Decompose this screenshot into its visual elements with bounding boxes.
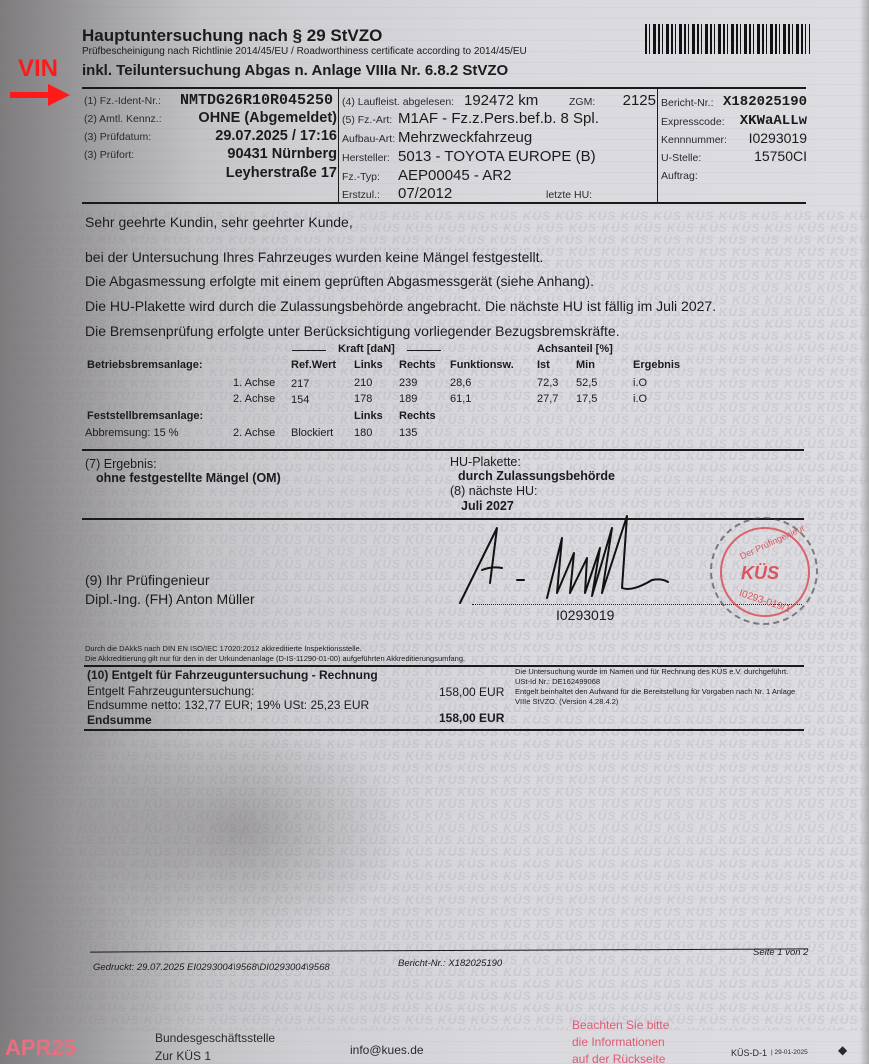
signature-icon — [452, 508, 732, 608]
col-actual: Ist — [537, 359, 550, 371]
barcode-icon — [645, 24, 810, 54]
first-registration-value: 07/2012 — [398, 185, 452, 202]
invoice-fee-value: 158,00 EUR — [439, 685, 504, 699]
manufacturer-label: Hersteller: — [342, 152, 390, 164]
col-function: Funktionsw. — [450, 359, 514, 371]
left-value: 180 — [354, 427, 372, 439]
contact-email: info@kues.de — [350, 1043, 424, 1057]
form-date: | 29-01-2025 — [771, 1049, 808, 1056]
form-code: APR25 — [5, 1035, 76, 1061]
express-code-label: Expresscode: — [661, 116, 725, 128]
invoice-net-line: Endsumme netto: 132,77 EUR; 19% USt: 25,… — [87, 698, 369, 712]
actual-value: 72,3 — [537, 377, 558, 389]
document-subtitle-exhaust: inkl. Teiluntersuchung Abgas n. Anlage V… — [82, 62, 508, 79]
force-header: Kraft [daN] — [338, 343, 395, 355]
left-value: 178 — [354, 393, 372, 405]
u-stelle-value: 15750CI — [754, 148, 807, 164]
ref-value: Blockiert — [291, 427, 333, 439]
result-value: i.O — [633, 377, 647, 389]
next-hu-label: (8) nächste HU: — [450, 484, 538, 498]
divider — [82, 449, 804, 451]
id-number-label: Kennnummer: — [661, 134, 727, 146]
accreditation-line-2: Die Akkreditierung gilt nur für den in d… — [85, 654, 465, 663]
engineer-label: (9) Ihr Prüfingenieur — [85, 572, 210, 588]
col-left: Links — [354, 359, 383, 371]
footer-report-number: Bericht-Nr.: X182025190 — [398, 958, 502, 969]
right-value: 189 — [399, 393, 417, 405]
order-label: Auftrag: — [661, 170, 698, 182]
back-note-2: die Informationen — [572, 1035, 665, 1049]
vehicle-type-label: (5) Fz.-Art: — [342, 114, 392, 126]
inspection-date-value: 29.07.2025 / 17:16 — [215, 128, 337, 144]
kus-stamp-logo: KÜS — [741, 563, 779, 584]
plate-label: (2) Amtl. Kennz.: — [84, 113, 162, 125]
office-line-2: Zur KÜS 1 — [155, 1049, 211, 1063]
actual-value: 27,7 — [537, 393, 558, 405]
u-stelle-label: U-Stelle: — [661, 152, 701, 164]
deceleration: Abbremsung: 15 % — [85, 427, 179, 439]
office-line-1: Bundesgeschäftsstelle — [155, 1031, 275, 1045]
axle: 2. Achse — [233, 427, 275, 439]
report-number-label: Bericht-Nr.: — [661, 97, 714, 109]
zgm-label: ZGM: — [569, 96, 595, 108]
engineer-name: Dipl.-Ing. (FH) Anton Müller — [85, 591, 255, 607]
arrow-right-icon — [10, 84, 70, 106]
vin-annotation-label: VIN — [18, 55, 58, 83]
right-value: 135 — [399, 427, 417, 439]
body-type-value: Mehrzweckfahrzeug — [398, 129, 532, 146]
invoice-note-2: USt-Id Nr.: DE162499068 — [515, 677, 600, 686]
ref-value: 217 — [291, 378, 309, 390]
invoice-fee-label: Entgelt Fahrzeuguntersuchung: — [87, 684, 254, 698]
id-number-value: I0293019 — [749, 130, 807, 146]
invoice-total-label: Endsumme — [87, 713, 152, 727]
last-hu-label: letzte HU: — [546, 189, 592, 201]
col-result: Ergebnis — [633, 359, 680, 371]
inspection-place-city: 90431 Nürnberg — [227, 146, 337, 162]
parking-brake-label: Feststellbremsanlage: — [87, 410, 203, 422]
model-value: AEP00045 - AR2 — [398, 167, 511, 184]
function-value: 61,1 — [450, 393, 471, 405]
service-brake-label: Betriebsbremsanlage: — [87, 359, 203, 371]
letter-line: Die HU-Plakette wird durch die Zulassung… — [85, 298, 716, 314]
plakette-label: HU-Plakette: — [450, 455, 521, 469]
letter-line: bei der Untersuchung Ihres Fahrzeuges wu… — [85, 249, 543, 265]
printed-info: Gedruckt: 29.07.2025 EI0293004\9568\DI02… — [93, 962, 330, 973]
divider — [84, 729, 804, 731]
document-title: Hauptuntersuchung nach § 29 StVZO — [82, 26, 382, 46]
back-note-3: auf der Rückseite — [572, 1052, 665, 1064]
min-value: 17,5 — [576, 393, 597, 405]
invoice-total-value: 158,00 EUR — [439, 711, 504, 725]
mileage-label: (4) Laufleist. abgelesen: — [342, 96, 454, 108]
right-value: 239 — [399, 377, 417, 389]
axle: 2. Achse — [233, 393, 275, 405]
manufacturer-value: 5013 - TOYOTA EUROPE (B) — [398, 148, 596, 165]
invoice-title: (10) Entgelt für Fahrzeuguntersuchung - … — [87, 668, 378, 682]
accreditation-line-1: Durch die DAkkS nach DIN EN ISO/IEC 1702… — [85, 644, 362, 653]
divider — [338, 89, 339, 202]
model-label: Fz.-Typ: — [342, 171, 380, 183]
divider — [407, 350, 441, 351]
parking-col-left: Links — [354, 410, 383, 422]
inspection-date-label: (3) Prüfdatum: — [84, 131, 151, 143]
col-right: Rechts — [399, 359, 436, 371]
letter-line: Die Abgasmessung erfolgte mit einem gepr… — [85, 273, 594, 289]
invoice-note-1: Die Untersuchung wurde im Namen und für … — [515, 667, 788, 676]
function-value: 28,6 — [450, 377, 471, 389]
report-number-value: X182025190 — [723, 94, 807, 110]
document-subtitle: Prüfbescheinigung nach Richtlinie 2014/4… — [82, 46, 527, 57]
axle: 1. Achse — [233, 377, 275, 389]
form-id: KÜS-D-1 — [731, 1048, 767, 1058]
invoice-note-3: Entgelt beinhaltet den Aufwand für die B… — [515, 687, 795, 696]
left-value: 210 — [354, 377, 372, 389]
divider — [82, 202, 806, 204]
result-value: i.O — [633, 393, 647, 405]
inspection-place-label: (3) Prüfort: — [84, 149, 134, 161]
greeting: Sehr geehrte Kundin, sehr geehrter Kunde… — [85, 214, 353, 230]
express-code-value: XKWaALLw — [740, 113, 807, 129]
body-type-label: Aufbau-Art: — [342, 133, 395, 145]
vin-value: NMTDG26R10R045250 — [180, 92, 333, 109]
plakette-value: durch Zulassungsbehörde — [458, 469, 615, 483]
divider — [82, 87, 806, 89]
ref-value: 154 — [291, 394, 309, 406]
zgm-value: 2125 — [623, 92, 656, 109]
engineer-id: I0293019 — [556, 607, 614, 623]
vehicle-type-value: M1AF - Fz.z.Pers.bef.b. 8 Spl. — [398, 110, 599, 127]
col-min: Min — [576, 359, 595, 371]
plate-value: OHNE (Abgemeldet) — [198, 110, 337, 126]
invoice-note-4: VIIIe StVZO. (Version 4.28.4.2) — [515, 697, 618, 706]
mileage-value: 192472 km — [464, 92, 538, 109]
diamond-icon: ◆ — [838, 1043, 847, 1057]
axle-share-header: Achsanteil [%] — [537, 343, 613, 355]
result-label: (7) Ergebnis: — [85, 457, 157, 471]
vin-label: (1) Fz.-Ident-Nr.: — [84, 95, 161, 107]
divider — [292, 350, 326, 351]
letter-line: Die Bremsenprüfung erfolgte unter Berück… — [85, 323, 620, 339]
result-value: ohne festgestellte Mängel (OM) — [96, 471, 281, 485]
parking-col-right: Rechts — [399, 410, 436, 422]
back-note-1: Beachten Sie bitte — [572, 1018, 669, 1032]
min-value: 52,5 — [576, 377, 597, 389]
page-number: Seite 1 von 2 — [753, 947, 808, 958]
first-registration-label: Erstzul.: — [342, 189, 380, 201]
col-ref: Ref.Wert — [291, 359, 336, 371]
divider — [657, 89, 658, 202]
inspection-place-street: Leyherstraße 17 — [226, 165, 337, 181]
